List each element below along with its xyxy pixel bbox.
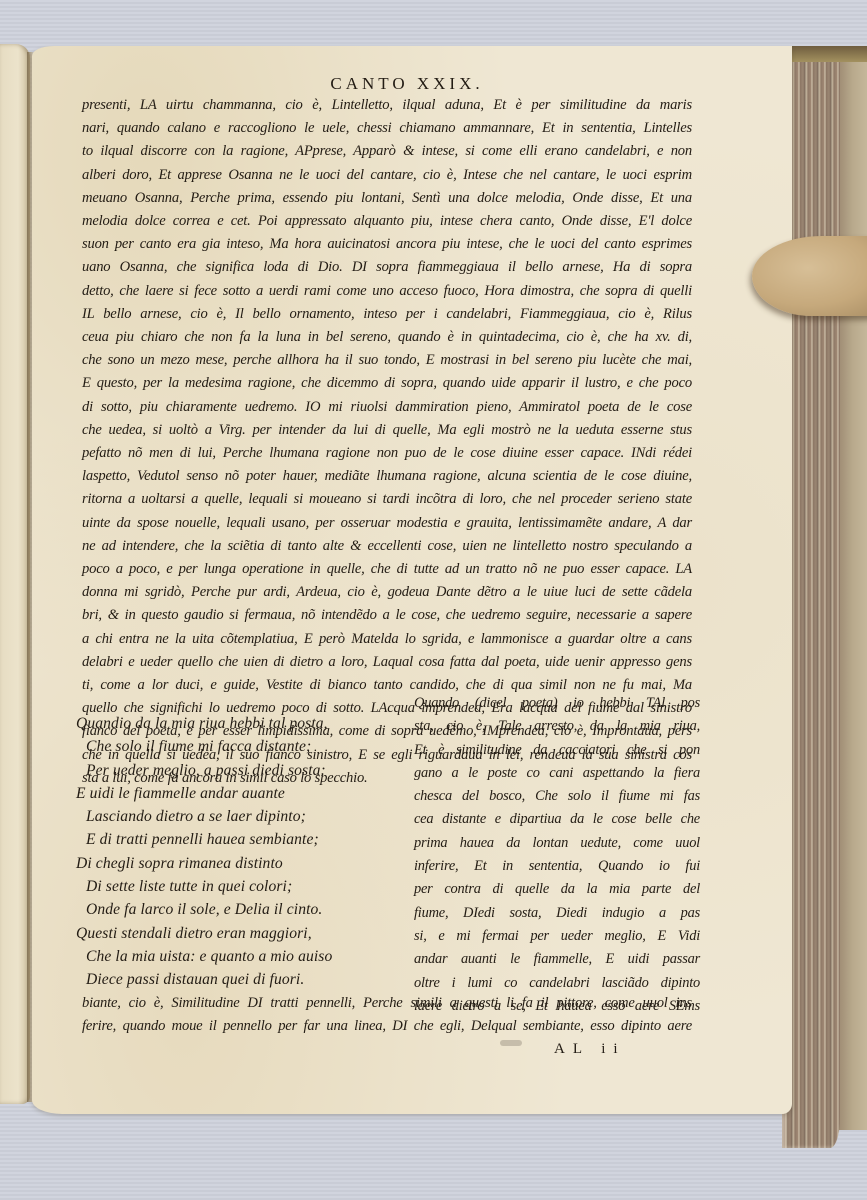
side-commentary: Quando (dicel poeta) io hebbi TAl possta… (414, 692, 700, 1018)
prose-line: donna mi sgridò, Perche pur ardi, Ardeua… (82, 581, 692, 604)
commentary-prose-top: presenti, LA uirtu chammanna, cio è, Lin… (82, 94, 692, 790)
prose-line: di sotto, piu chiaramente uedremo. IO mi… (82, 396, 692, 419)
prose-line: ne ad intendere, che la sciẽtia di tanto… (82, 535, 692, 558)
prose-line: uano Osanna, che significa loda di Dio. … (82, 256, 692, 279)
prose-line: to ilqual discorre con la ragione, APpre… (82, 140, 692, 163)
prose-line: melodia dolce correa e cet. Poi appressa… (82, 210, 692, 233)
prose-line: suon per canto era gia inteso, Ma hora a… (82, 233, 692, 256)
prose-line: pefatto nõ men di lui, Perche lhumana ra… (82, 442, 692, 465)
comm-line: Quando (dicel poeta) io hebbi TAl pos (414, 692, 700, 715)
prose-line: nari, quando calano e raccogliono le uel… (82, 117, 692, 140)
running-head: CANTO XXIX. (82, 74, 692, 94)
ink-smudge (500, 1040, 522, 1046)
signature-mark: AL ii (554, 1038, 626, 1061)
comm-line: inferire, Et in sententia, Quando io fui (414, 855, 700, 878)
verse-line: Di chegli sopra rimanea distinto (76, 852, 396, 875)
book-cover-edge (838, 58, 867, 1130)
verse-line: E di tratti pennelli hauea sembiante; (76, 828, 396, 851)
verse-line: Questi stendali dietro eran maggiori, (76, 922, 396, 945)
prose-line: ferire, quando moue il pennello per far … (82, 1015, 692, 1038)
prose-line: IL bello arnese, cio è, Il bello ornamen… (82, 303, 692, 326)
prose-line: ceua piu chiaro che non fa la luna in be… (82, 326, 692, 349)
comm-line: prima hauea da lontan uedute, come uuol (414, 832, 700, 855)
prose-line: detto, che laere si fece sotto a uerdi r… (82, 280, 692, 303)
facing-page-edge (0, 44, 30, 1104)
verse-line: Diece passi distauan quei di fuori. (76, 968, 396, 991)
prose-line: bri, & in questo gaudio si fermaua, nõ i… (82, 604, 692, 627)
comm-line: sta, cio è, Tale arresto, da la mia riua… (414, 715, 700, 738)
comm-line: cea distante e dipartiua da le cose bell… (414, 808, 700, 831)
verse-line: Lasciando dietro a se laer dipinto; (76, 805, 396, 828)
verse-and-commentary: Quandio da la mia riua hebbi tal posta,C… (82, 692, 702, 992)
prose-line: laspetto, Vedutol senso nõ poter hauer, … (82, 465, 692, 488)
prose-line: ritorna a uoltarsi a quelle, lequali si … (82, 488, 692, 511)
verse-line: Di sette liste tutte in quei colori; (76, 875, 396, 898)
comm-line: Et è similitudine da cacciatori che si p… (414, 739, 700, 762)
comm-line: andar auanti le fiammelle, E uidi passar (414, 948, 700, 971)
verse-line: Per ueder meglio, a passi diedi sosta: (76, 759, 396, 782)
prose-line: che sono un mezo mese, perche allhora ha… (82, 349, 692, 372)
prose-line: E questo, per la medesima ragione, che d… (82, 372, 692, 395)
prose-line: che uedea, si uoltò a Virg. per intender… (82, 419, 692, 442)
page-block-top (780, 46, 867, 62)
verse-line: Che solo il fiume mi facca distante; (76, 735, 396, 758)
prose-line: presenti, LA uirtu chammanna, cio è, Lin… (82, 94, 692, 117)
page-text-area: CANTO XXIX. presenti, LA uirtu chammanna… (82, 74, 692, 790)
verse-line: E uidi le fiammelle andar auante (76, 782, 396, 805)
prose-line: alberi doro, Et apprese Osanna ne le uoc… (82, 164, 692, 187)
prose-line: uinte da spose nouelle, lequali usano, p… (82, 512, 692, 535)
verse-line: Che la mia uista: e quanto a mio auiso (76, 945, 396, 968)
prose-line: meuano Osanna, Perche prima, essendo piu… (82, 187, 692, 210)
prose-line: delabri e ueder quello che uien di dietr… (82, 651, 692, 674)
comm-line: gano a le poste co cani aspettando la fi… (414, 762, 700, 785)
comm-line: per contra di quelle da la mia parte del (414, 878, 700, 901)
verse-line: Onde fa larco il sole, e Delia il cinto. (76, 898, 396, 921)
comm-line: fiume, DIedi sosta, Diedi indugio a pas (414, 902, 700, 925)
prose-line: a chi entra ne la uita cõtemplatiua, E p… (82, 628, 692, 651)
verse-line: Quandio da la mia riua hebbi tal posta, (76, 712, 396, 735)
comm-line: chesca del bosco, Che solo il fiume mi f… (414, 785, 700, 808)
commentary-prose-bottom: biante, cio è, Similitudine DI tratti pe… (82, 992, 692, 1038)
comm-line: si, e mi fermai per ueder meglio, E Vidi (414, 925, 700, 948)
prose-line: poco a poco, e per lunga operatione in q… (82, 558, 692, 581)
verse-block: Quandio da la mia riua hebbi tal posta,C… (76, 712, 396, 992)
prose-line: biante, cio è, Similitudine DI tratti pe… (82, 992, 692, 1015)
